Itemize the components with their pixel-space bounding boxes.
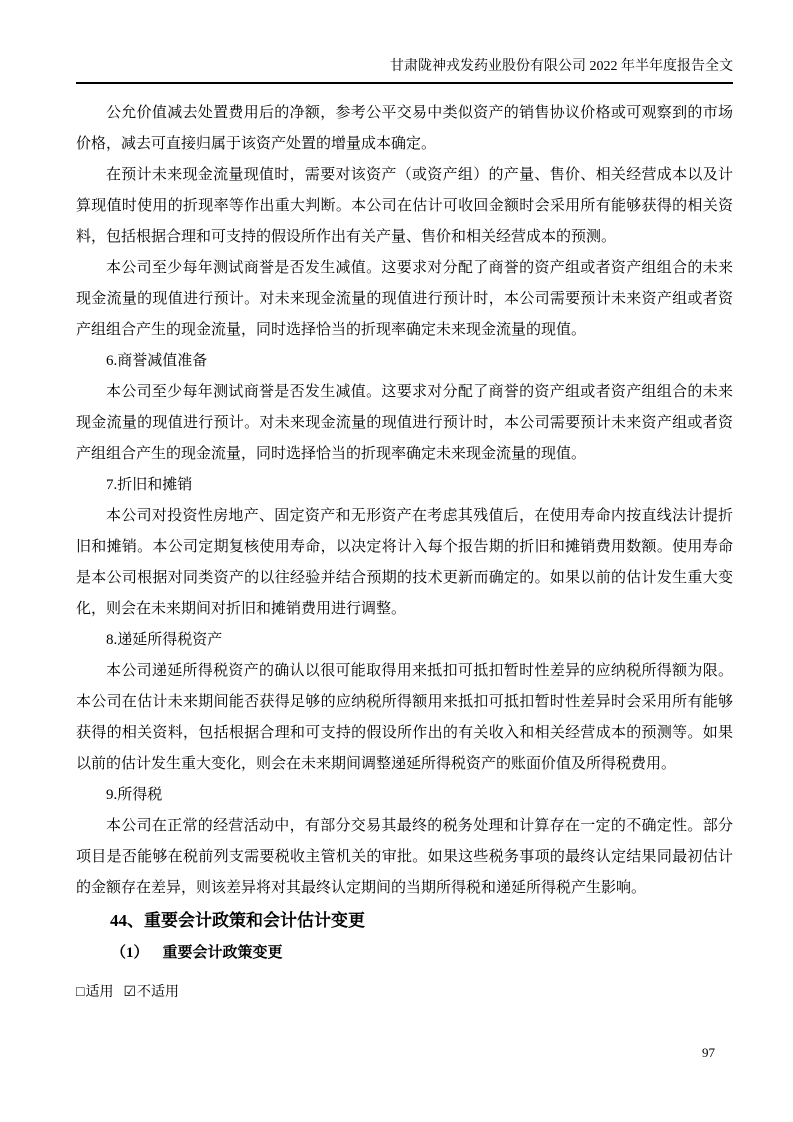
header-title: 甘肃陇神戎发药业股份有限公司 2022 年半年度报告全文: [390, 59, 733, 74]
document-body: 公允价值减去处置费用后的净额，参考公平交易中类似资产的销售协议价格或可观察到的市…: [76, 98, 733, 1002]
sub-heading-label: 重要会计政策变更: [163, 945, 283, 961]
paragraph-income-tax: 本公司在正常的经营活动中，有部分交易其最终的税务处理和计算存在一定的不确定性。部…: [76, 811, 733, 904]
applicable-label: 适用: [85, 983, 113, 999]
applicability-line: □适用☑不适用: [76, 980, 733, 1002]
section-heading-accounting-policy-changes: 44、重要会计政策和会计估计变更: [76, 904, 733, 938]
paragraph-fair-value: 公允价值减去处置费用后的净额，参考公平交易中类似资产的销售协议价格或可观察到的市…: [76, 98, 733, 160]
sub-heading-policy-change: （1）重要会计政策变更: [76, 938, 733, 968]
not-applicable-option: ☑不适用: [123, 983, 179, 999]
item-heading-income-tax: 9.所得税: [76, 780, 733, 811]
item-heading-depreciation-amortization: 7.折旧和摊销: [76, 470, 733, 501]
item-heading-goodwill-impairment: 6.商誉减值准备: [76, 346, 733, 377]
document-page: 甘肃陇神戎发药业股份有限公司 2022 年半年度报告全文 公允价值减去处置费用后…: [0, 0, 793, 1122]
page-number: 97: [702, 1045, 715, 1060]
checkbox-unchecked-icon: □: [76, 983, 84, 999]
applicable-option: □适用: [76, 983, 113, 999]
paragraph-deferred-tax: 本公司递延所得税资产的确认以很可能取得用来抵扣可抵扣暂时性差异的应纳税所得额为限…: [76, 656, 733, 780]
not-applicable-label: 不适用: [137, 983, 179, 999]
paragraph-future-cash-flow: 在预计未来现金流量现值时，需要对该资产（或资产组）的产量、售价、相关经营成本以及…: [76, 160, 733, 253]
document-header: 甘肃陇神戎发药业股份有限公司 2022 年半年度报告全文: [76, 58, 733, 84]
paragraph-depreciation: 本公司对投资性房地产、固定资产和无形资产在考虑其残值后，在使用寿命内按直线法计提…: [76, 501, 733, 625]
sub-heading-number: （1）: [111, 945, 149, 961]
checkbox-checked-icon: ☑: [123, 983, 136, 999]
paragraph-goodwill-test-repeat: 本公司至少每年测试商誉是否发生减值。这要求对分配了商誉的资产组或者资产组组合的未…: [76, 377, 733, 470]
item-heading-deferred-tax-assets: 8.递延所得税资产: [76, 625, 733, 656]
paragraph-goodwill-test: 本公司至少每年测试商誉是否发生减值。这要求对分配了商誉的资产组或者资产组组合的未…: [76, 253, 733, 346]
